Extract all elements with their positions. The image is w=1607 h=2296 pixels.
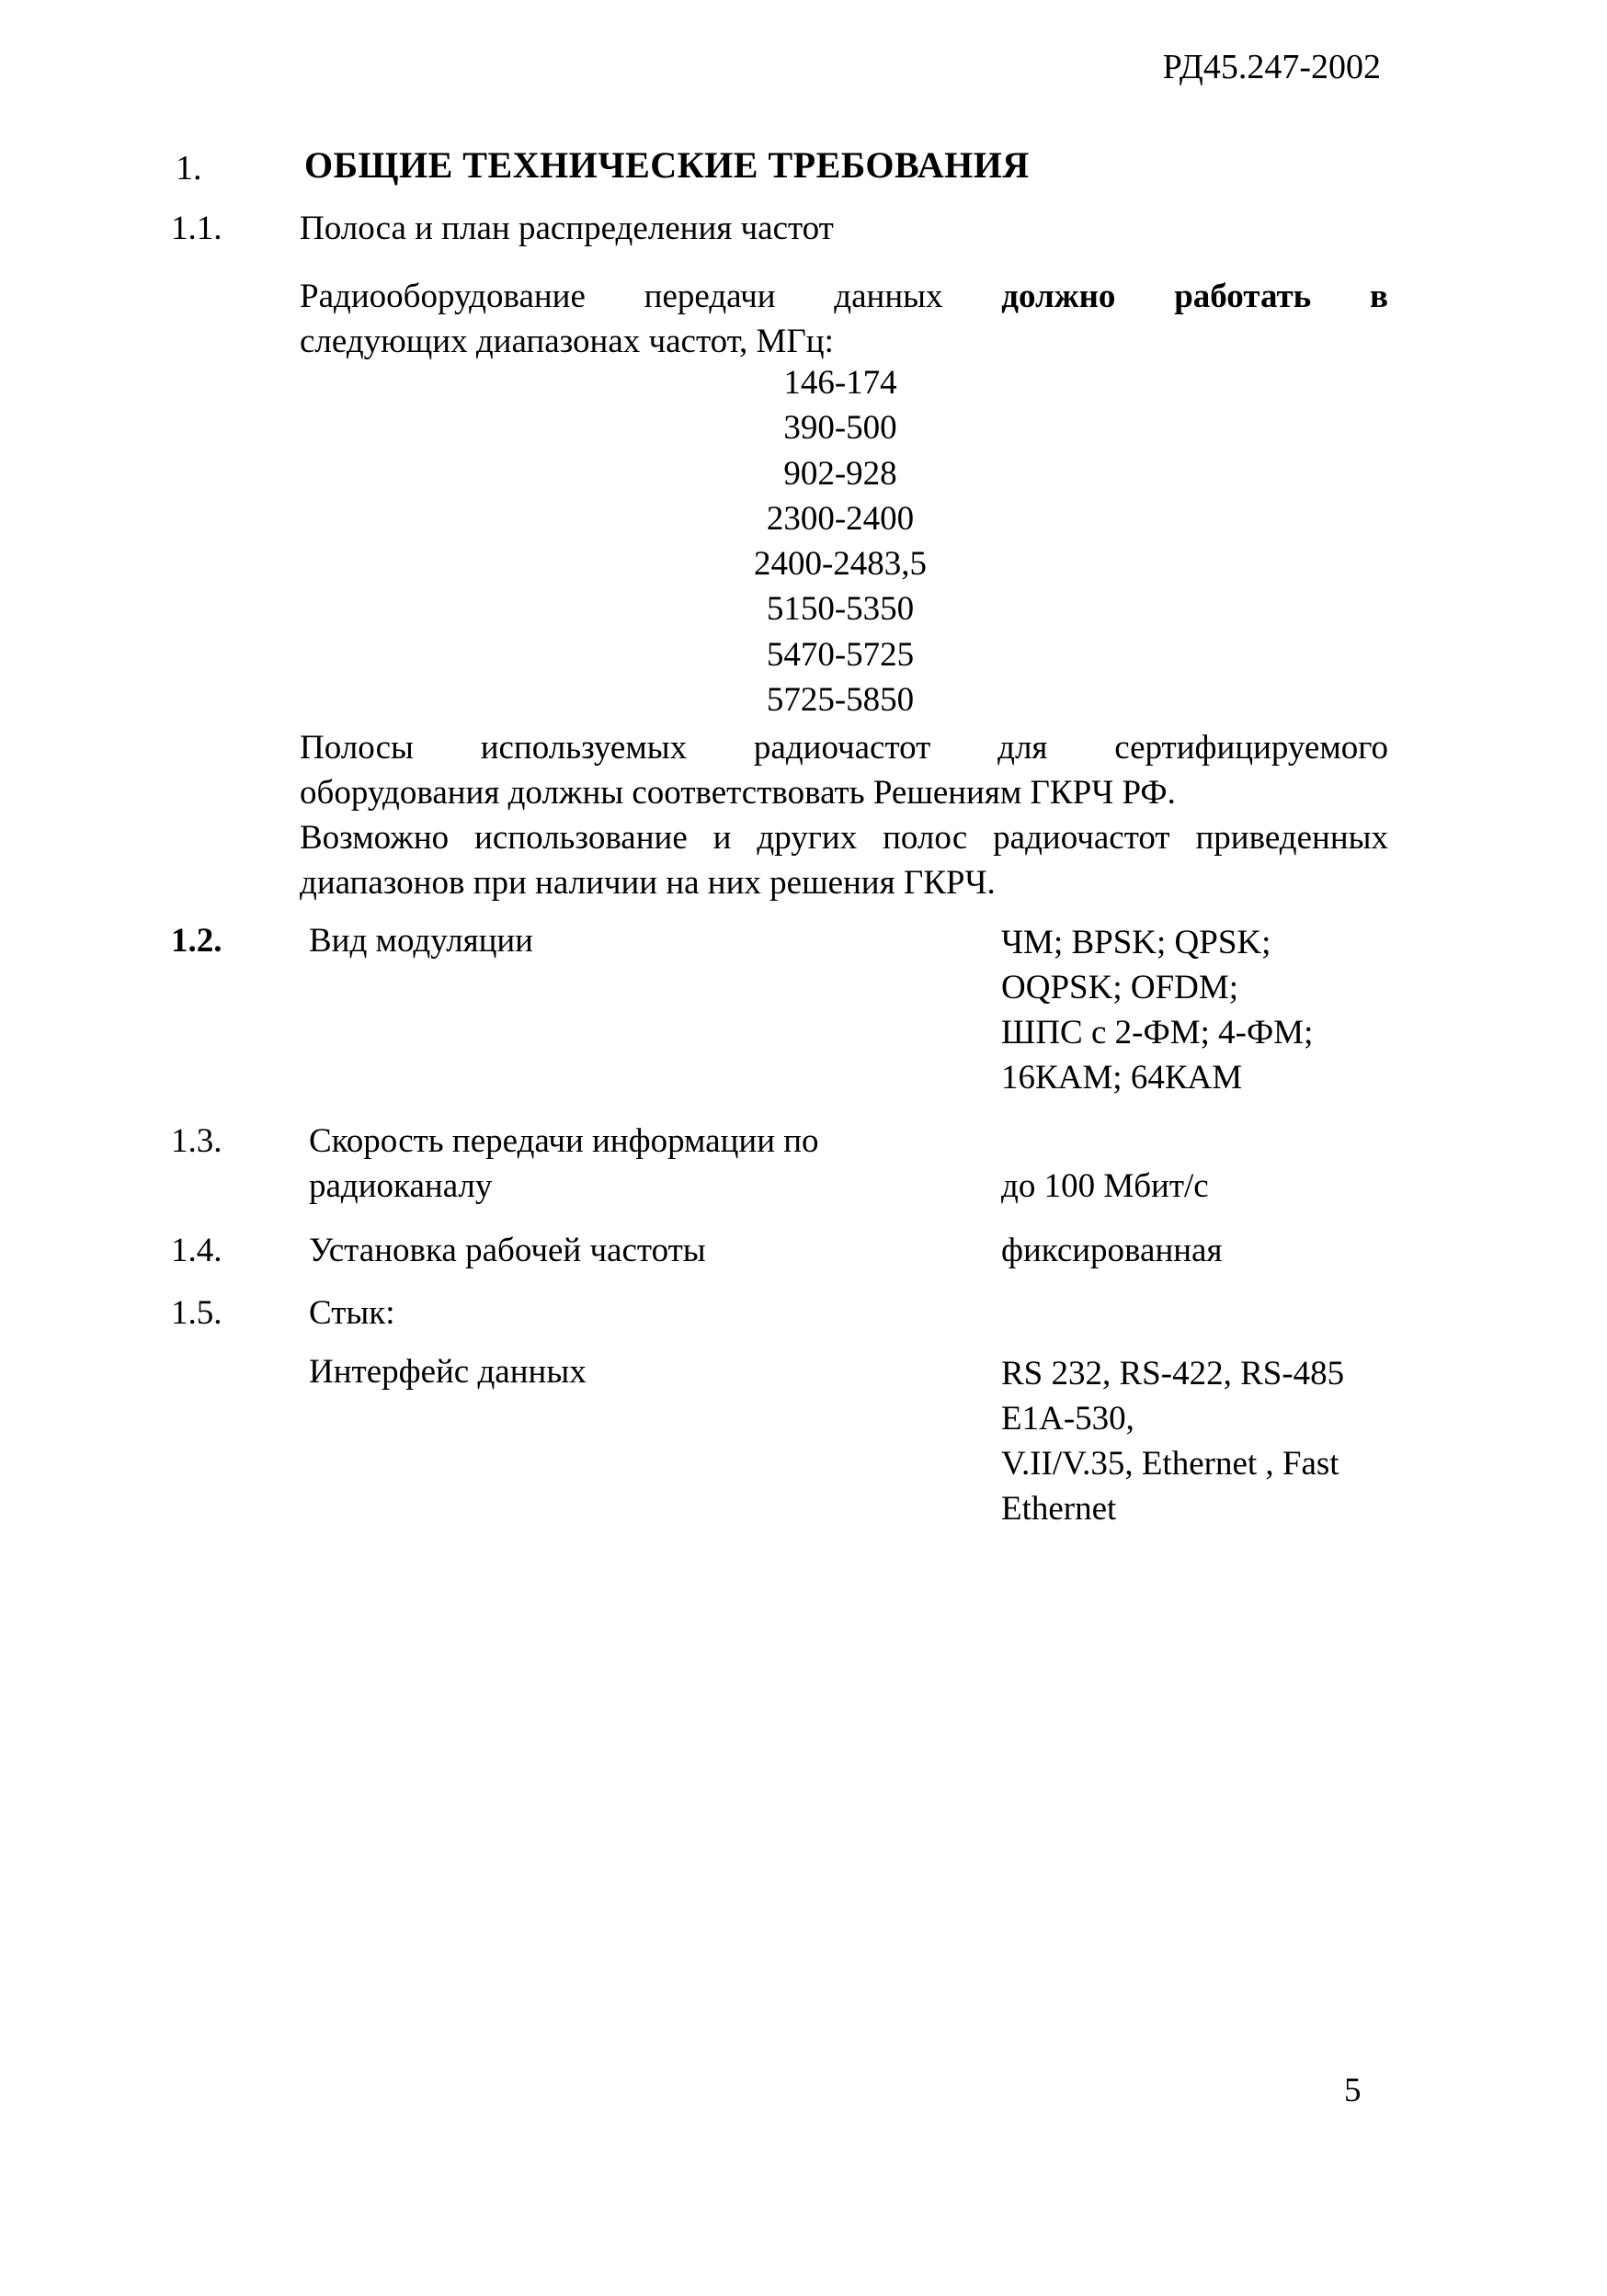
- modulation-line: ЧМ; BPSK; QPSK;: [1001, 920, 1313, 965]
- item-number-1-4: 1.4.: [171, 1230, 222, 1272]
- interface-line: Ethernet: [1001, 1486, 1344, 1531]
- intro-text-bold: должно работать в: [1001, 278, 1388, 315]
- section-number: 1.: [176, 147, 202, 189]
- data-interface-label: Интерфейс данных: [309, 1351, 587, 1393]
- frequency-band: 5725-5850: [656, 677, 1024, 722]
- intro-line-1: Радиооборудование передачи данных должно…: [300, 274, 1388, 319]
- frequency-band: 5470-5725: [656, 632, 1024, 677]
- frequency-band: 390-500: [656, 405, 1024, 450]
- interface-line: E1A-530,: [1001, 1396, 1344, 1441]
- frequency-intro-paragraph: Радиооборудование передачи данных должно…: [300, 274, 1388, 364]
- item-label-1-1: Полоса и план распределения частот: [300, 208, 834, 250]
- data-interface-values: RS 232, RS-422, RS-485 E1A-530, V.II/V.3…: [1001, 1351, 1344, 1531]
- item-label-1-2: Вид модуляции: [309, 920, 533, 962]
- modulation-line: OQPSK; OFDM;: [1001, 965, 1313, 1010]
- modulation-values: ЧМ; BPSK; QPSK; OQPSK; OFDM; ШПС с 2-ФМ;…: [1001, 920, 1313, 1100]
- frequency-band: 5150-5350: [656, 586, 1024, 631]
- item-number-1-1: 1.1.: [171, 208, 222, 250]
- frequency-band-list: 146-174 390-500 902-928 2300-2400 2400-2…: [656, 360, 1024, 722]
- section-title: ОБЩИЕ ТЕХНИЧЕСКИЕ ТРЕБОВАНИЯ: [304, 144, 1030, 187]
- modulation-line: ШПС с 2-ФМ; 4-ФМ;: [1001, 1010, 1313, 1055]
- item-label-1-3-line-1: Скорость передачи информации по: [309, 1120, 819, 1163]
- notes-line: Полосы используемых радиочастот для серт…: [300, 725, 1388, 770]
- frequency-setting-value: фиксированная: [1001, 1230, 1223, 1272]
- page-number: 5: [1344, 2070, 1362, 2112]
- notes-line: Возможно использование и других полос ра…: [300, 815, 1388, 860]
- item-number-1-5: 1.5.: [171, 1292, 222, 1335]
- document-code: РД45.247-2002: [1163, 46, 1381, 88]
- item-label-1-5: Стык:: [309, 1292, 394, 1335]
- modulation-line: 16КАМ; 64КАМ: [1001, 1055, 1313, 1100]
- frequency-notes-paragraph: Полосы используемых радиочастот для серт…: [300, 725, 1388, 905]
- frequency-band: 902-928: [656, 451, 1024, 496]
- frequency-band: 2400-2483,5: [656, 541, 1024, 586]
- frequency-band: 2300-2400: [656, 496, 1024, 541]
- interface-line: RS 232, RS-422, RS-485: [1001, 1351, 1344, 1396]
- interface-line: V.II/V.35, Ethernet , Fast: [1001, 1441, 1344, 1486]
- item-number-1-2: 1.2.: [171, 920, 222, 962]
- notes-line: оборудования должны соответствовать Реше…: [300, 770, 1388, 815]
- data-rate-value: до 100 Мбит/с: [1001, 1165, 1209, 1208]
- notes-line: диапазонов при наличии на них решения ГК…: [300, 860, 1388, 905]
- intro-line-2: следующих диапазонах частот, МГц:: [300, 319, 1388, 364]
- item-number-1-3: 1.3.: [171, 1120, 222, 1163]
- item-label-1-3-line-2: радиоканалу: [309, 1165, 492, 1208]
- frequency-band: 146-174: [656, 360, 1024, 405]
- intro-text-regular: Радиооборудование передачи данных: [300, 278, 1001, 315]
- item-label-1-4: Установка рабочей частоты: [309, 1230, 706, 1272]
